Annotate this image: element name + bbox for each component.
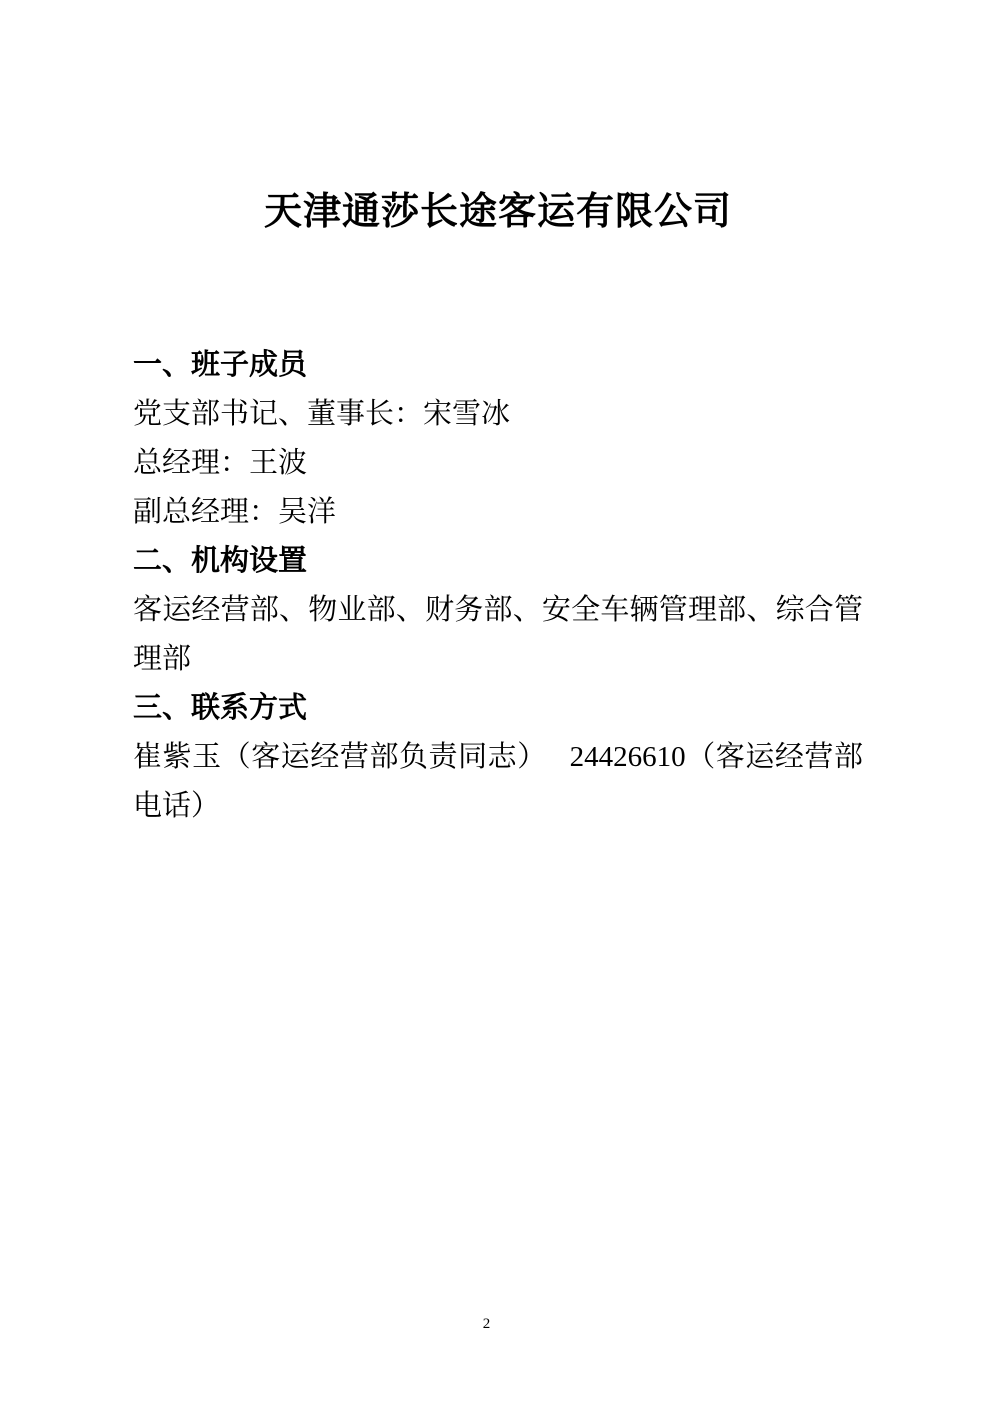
line-contact-part-2: 电话）	[133, 782, 863, 831]
document-body: 一、班子成员 党支部书记、董事长：宋雪冰 总经理：王波 副总经理：吴洋 二、机构…	[133, 341, 863, 831]
section-heading-organization: 二、机构设置	[133, 537, 863, 586]
section-heading-contact: 三、联系方式	[133, 684, 863, 733]
line-departments-part-1: 客运经营部、物业部、财务部、安全车辆管理部、综合管	[133, 586, 863, 635]
page-number: 2	[0, 1312, 973, 1336]
line-general-manager: 总经理：王波	[133, 439, 863, 488]
section-heading-team-members: 一、班子成员	[133, 341, 863, 390]
line-departments-part-2: 理部	[133, 635, 863, 684]
line-deputy-general-manager: 副总经理：吴洋	[133, 488, 863, 537]
line-contact-part-1: 崔紫玉（客运经营部负责同志） 24426610（客运经营部	[133, 733, 863, 782]
document-page: 天津通莎长途客运有限公司 一、班子成员 党支部书记、董事长：宋雪冰 总经理：王波…	[0, 0, 999, 1414]
line-party-secretary-chairman: 党支部书记、董事长：宋雪冰	[133, 390, 863, 439]
document-title: 天津通莎长途客运有限公司	[133, 190, 863, 234]
